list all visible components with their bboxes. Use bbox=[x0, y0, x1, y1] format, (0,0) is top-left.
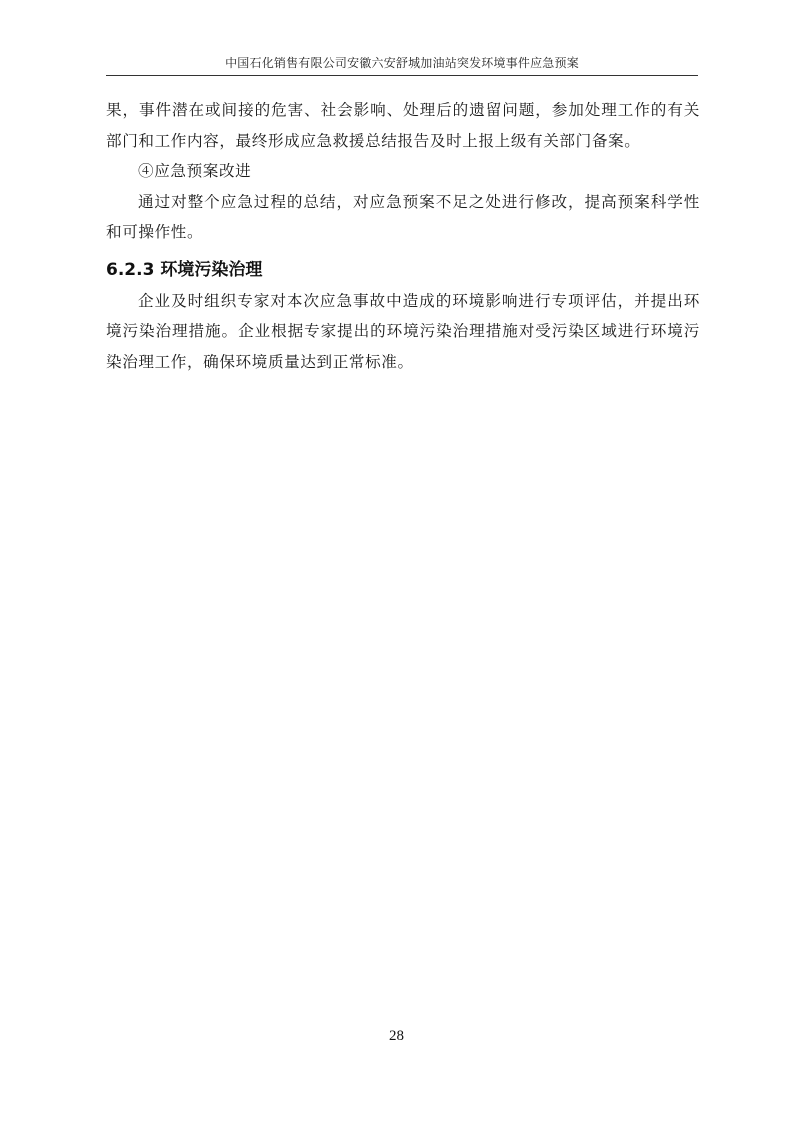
document-body: 果，事件潜在或间接的危害、社会影响、处理后的遗留问题，参加处理工作的有关部门和工… bbox=[106, 95, 700, 377]
paragraph-pollution-treatment: 企业及时组织专家对本次应急事故中造成的环境影响进行专项评估，并提出环境污染治理措… bbox=[106, 286, 700, 378]
paragraph-plan-improvement: 通过对整个应急过程的总结，对应急预案不足之处进行修改，提高预案科学性和可操作性。 bbox=[106, 187, 700, 248]
paragraph-continuation: 果，事件潜在或间接的危害、社会影响、处理后的遗留问题，参加处理工作的有关部门和工… bbox=[106, 95, 700, 156]
section-heading-6-2-3: 6.2.3 环境污染治理 bbox=[106, 254, 700, 286]
header-divider bbox=[106, 75, 698, 76]
page-number: 28 bbox=[0, 1028, 793, 1045]
list-item-emergency-plan-improvement: ④应急预案改进 bbox=[106, 156, 700, 187]
running-header: 中国石化销售有限公司安徽六安舒城加油站突发环境事件应急预案 bbox=[106, 55, 698, 71]
